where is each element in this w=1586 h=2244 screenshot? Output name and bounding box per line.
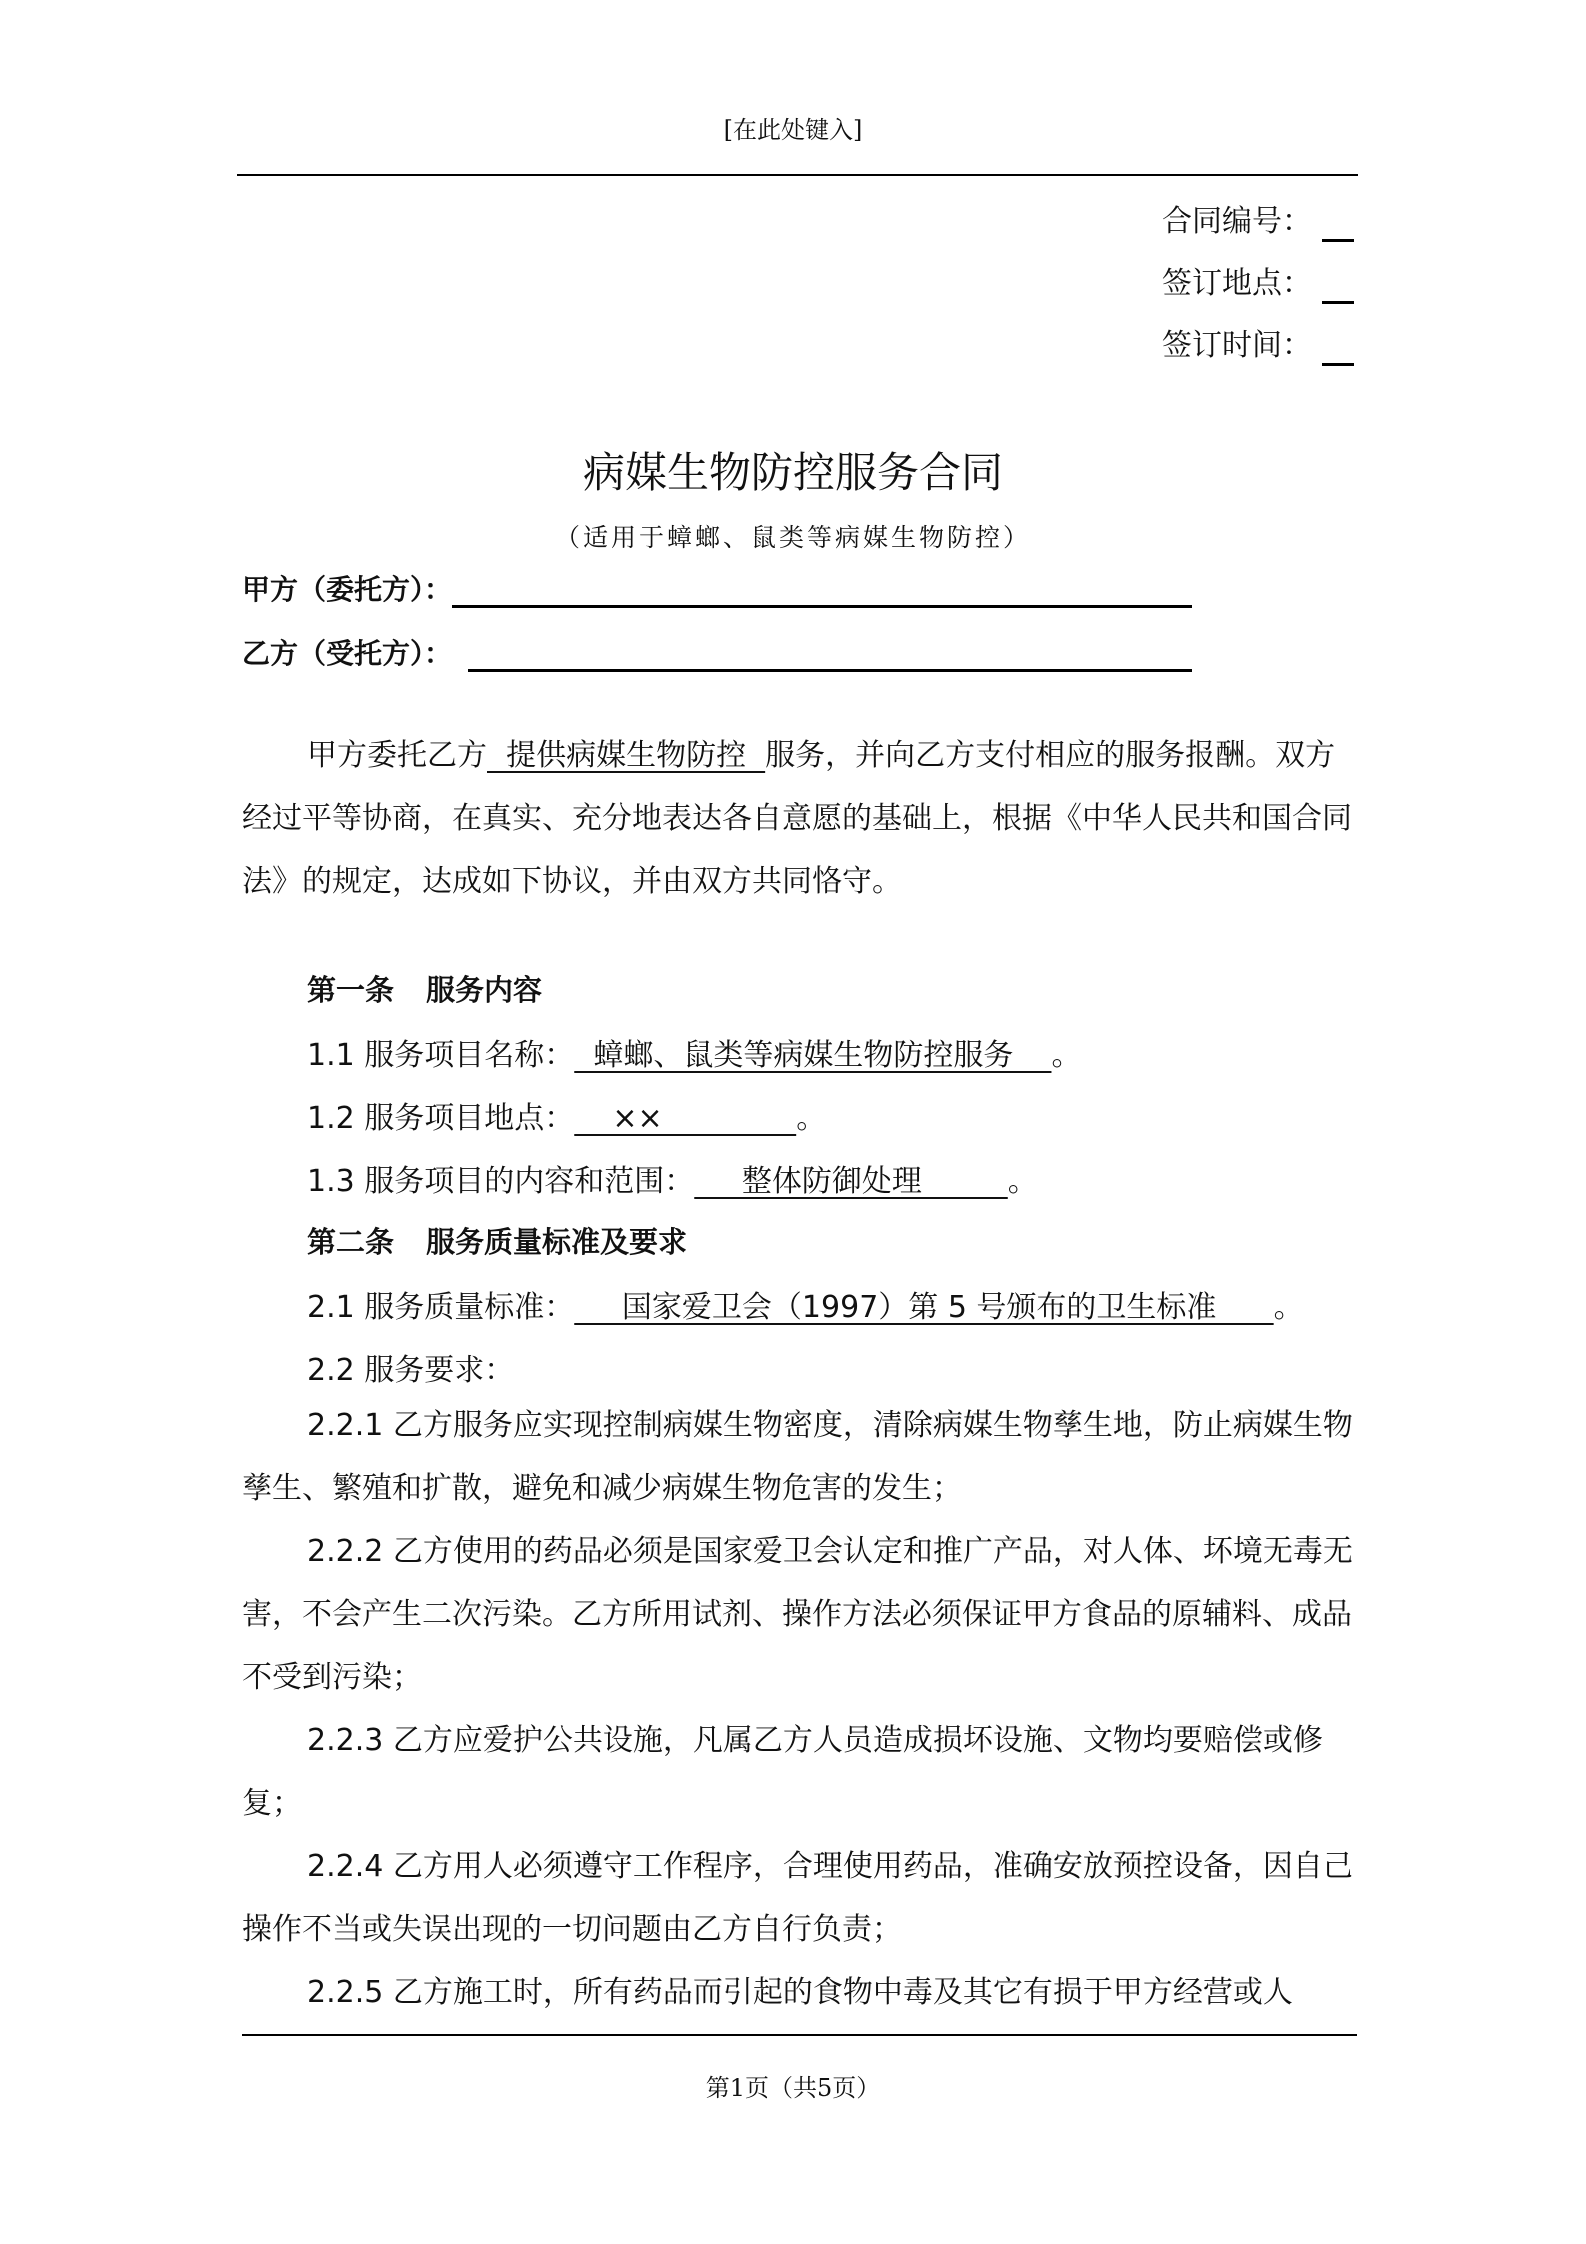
signing-place-label: 签订地点： [1162, 264, 1312, 304]
article-2-requirements-label: 2.2 服务要求： [307, 1345, 514, 1389]
document-subtitle: （适用于蟑螂、鼠类等病媒生物防控） [0, 518, 1586, 554]
article-1-item-2: 1.2 服务项目地点： ×× 。 [307, 1093, 826, 1137]
page-number: 第1页（共5页） [0, 2068, 1586, 2103]
party-a: 甲方（委托方）： [242, 568, 1192, 608]
signing-time-blank[interactable] [1322, 333, 1354, 366]
header-divider [237, 174, 1358, 176]
contract-number-field: 合同编号： [1162, 202, 1354, 242]
signing-time-field: 签订时间： [1162, 326, 1354, 366]
party-b: 乙方（受托方）： [242, 632, 1192, 672]
page-header: [在此处键入] [0, 110, 1586, 145]
article-2-standard: 2.1 服务质量标准： 国家爱卫会（1997）第 5 号颁布的卫生标准 。 [307, 1282, 1304, 1326]
requirement-2-2-5: 2.2.5 乙方施工时，所有药品而引起的食物中毒及其它有损于甲方经营或人 [242, 1961, 1362, 2024]
document-title: 病媒生物防控服务合同 [0, 440, 1586, 500]
signing-place-blank[interactable] [1322, 271, 1354, 304]
party-b-label: 乙方（受托方）： [242, 632, 452, 672]
requirement-2-2-4: 2.2.4 乙方用人必须遵守工作程序，合理使用药品，准确安放预控设备，因自己操作… [242, 1835, 1362, 1961]
quality-standard-fill[interactable]: 国家爱卫会（1997）第 5 号颁布的卫生标准 [574, 1290, 1273, 1325]
article-2-heading: 第二条服务质量标准及要求 [307, 1220, 687, 1261]
article-1-item-3: 1.3 服务项目的内容和范围： 整体防御处理 。 [307, 1156, 1038, 1200]
footer-divider [242, 2034, 1357, 2036]
contract-number-label: 合同编号： [1162, 202, 1312, 242]
contract-number-blank[interactable] [1322, 209, 1354, 242]
requirement-2-2-1: 2.2.1 乙方服务应实现控制病媒生物密度，清除病媒生物孳生地，防止病媒生物孳生… [242, 1394, 1362, 1520]
signing-place-field: 签订地点： [1162, 264, 1354, 304]
service-location-fill[interactable]: ×× [574, 1101, 796, 1136]
requirement-2-2-3: 2.2.3 乙方应爱护公共设施，凡属乙方人员造成损坏设施、文物均要赔偿或修复； [242, 1709, 1362, 1835]
requirement-2-2-2: 2.2.2 乙方使用的药品必须是国家爱卫会认定和推广产品，对人体、坏境无毒无害，… [242, 1520, 1362, 1709]
service-fill[interactable]: 提供病媒生物防控 [487, 738, 765, 773]
article-1-item-1: 1.1 服务项目名称： 蟑螂、鼠类等病媒生物防控服务 。 [307, 1030, 1081, 1074]
party-a-blank[interactable] [452, 575, 1192, 608]
article-1-heading: 第一条服务内容 [307, 968, 542, 1009]
party-b-blank[interactable] [468, 639, 1192, 672]
service-name-fill[interactable]: 蟑螂、鼠类等病媒生物防控服务 [574, 1038, 1051, 1073]
party-a-label: 甲方（委托方）： [242, 568, 452, 608]
intro-paragraph: 甲方委托乙方 提供病媒生物防控 服务，并向乙方支付相应的服务报酬。双方经过平等协… [242, 724, 1362, 913]
service-scope-fill[interactable]: 整体防御处理 [694, 1164, 1008, 1199]
signing-time-label: 签订时间： [1162, 326, 1312, 366]
